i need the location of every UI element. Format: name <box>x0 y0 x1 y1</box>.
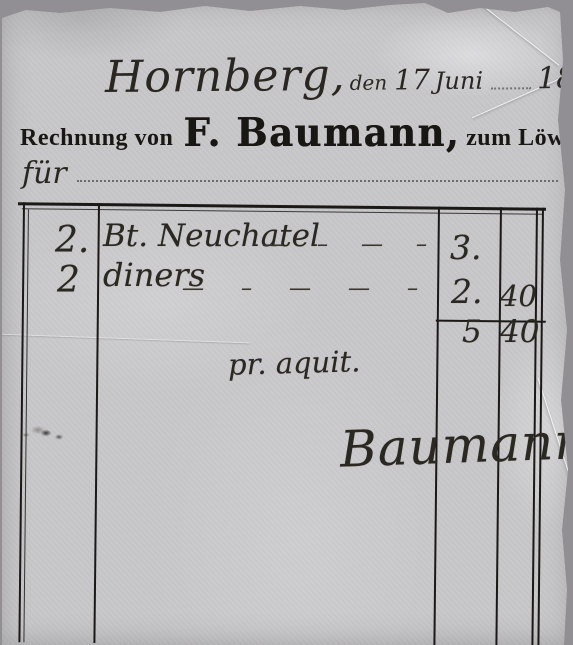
receipt-note: pr. aquit. <box>228 344 361 381</box>
paper-sheet: Hornberg, den 17 Juni 1835 Rechnung von … <box>0 0 573 645</box>
place-name: Hornberg, <box>105 50 346 103</box>
row2-amount-minor: 40 <box>500 279 537 313</box>
row1-dash-line: — – — – <box>262 232 427 257</box>
paper-crease <box>569 416 573 554</box>
date-line: Hornberg, den 17 Juni 1835 <box>105 48 555 103</box>
date-year: 1835 <box>537 61 573 97</box>
dotted-fill-line <box>77 180 558 182</box>
date-month: Juni <box>435 67 483 95</box>
date-word: den <box>350 71 388 95</box>
ink-smudge <box>6 424 68 446</box>
signature: Baumann. <box>339 411 573 478</box>
row1-amount-major: 3. <box>450 228 482 267</box>
date-day: 17 <box>394 63 430 96</box>
total-amount-major: 5 <box>462 314 482 350</box>
merchant-name: F. Baumann, <box>183 109 460 156</box>
for-line: für <box>22 156 560 191</box>
row1-quantity: 2. <box>55 220 89 261</box>
total-amount-minor: 40 <box>500 314 539 350</box>
row2-amount-major: 2. <box>451 272 483 311</box>
row2-quantity: 2 <box>57 260 80 301</box>
for-label: für <box>22 156 67 191</box>
dotted-fill-line <box>491 87 531 89</box>
quantity-column-divider <box>93 203 99 643</box>
scan-background: Hornberg, den 17 Juni 1835 Rechnung von … <box>0 0 573 645</box>
billhead-prefix: Rechnung von <box>20 125 173 152</box>
row2-dash-line: — – — — – <box>182 276 418 301</box>
billhead-suffix: zum Löwen. <box>466 125 573 152</box>
billhead: Rechnung von F. Baumann, zum Löwen. <box>20 110 560 154</box>
